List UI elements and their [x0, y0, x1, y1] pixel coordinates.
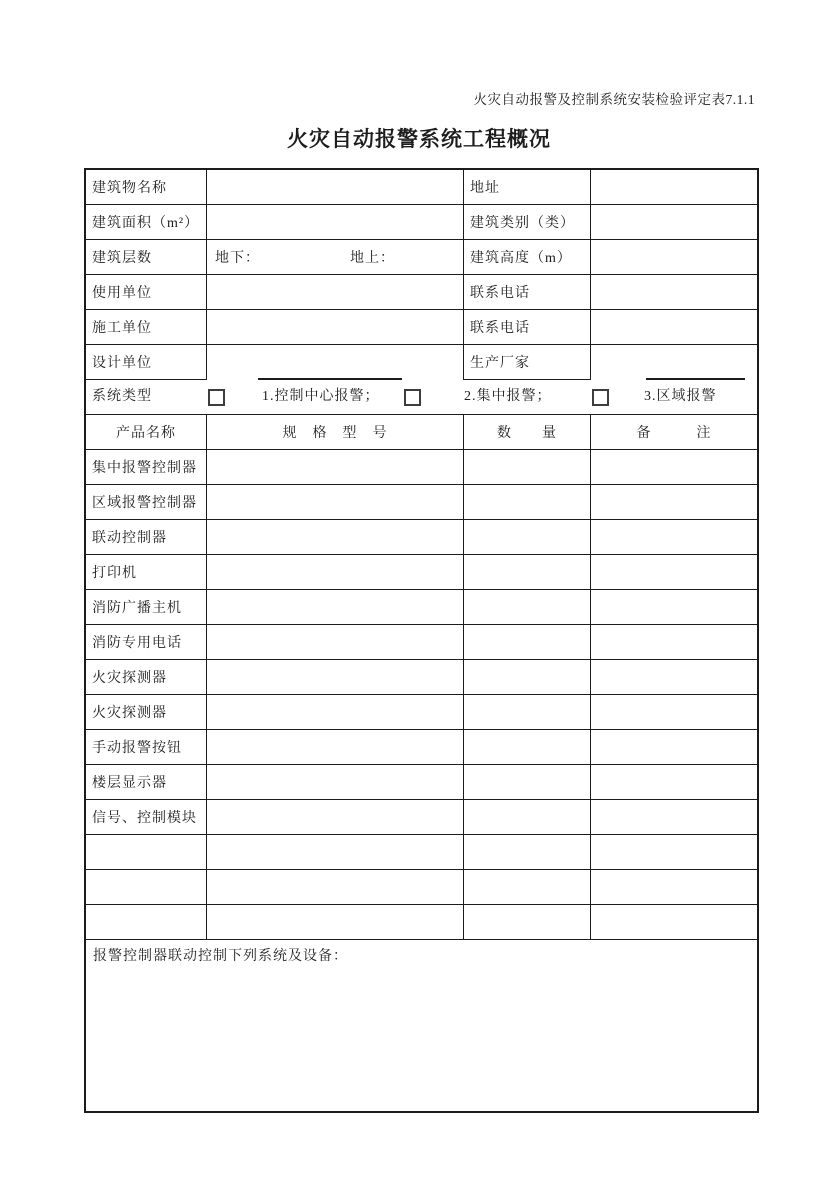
- product-row-signal-control-module: 信号、控制模块: [86, 800, 757, 835]
- checkbox-centralized-alarm[interactable]: [404, 389, 421, 406]
- product-name-label: 信号、控制模块: [86, 800, 207, 835]
- product-row-empty: [86, 870, 757, 905]
- spec-input-cell[interactable]: [207, 450, 464, 485]
- note-input-cell[interactable]: [591, 695, 757, 730]
- spec-input-cell[interactable]: [207, 555, 464, 590]
- spec-input-cell[interactable]: [207, 730, 464, 765]
- project-overview-table: 建筑物名称 地址 建筑面积（m²） 建筑类别（类） 建筑层数 地下：地上： 建筑…: [84, 168, 759, 1113]
- qty-input-cell[interactable]: [464, 695, 591, 730]
- user-unit-input-cell[interactable]: [207, 275, 464, 310]
- spec-input-cell[interactable]: [207, 905, 464, 940]
- product-name-input-cell[interactable]: [86, 835, 207, 870]
- note-input-cell[interactable]: [591, 905, 757, 940]
- spec-input-cell[interactable]: [207, 520, 464, 555]
- qty-input-cell[interactable]: [464, 905, 591, 940]
- qty-input-cell[interactable]: [464, 520, 591, 555]
- note-input-cell[interactable]: [591, 660, 757, 695]
- info-row-building-floors: 建筑层数 地下：地上： 建筑高度（m）: [86, 240, 757, 275]
- qty-input-cell[interactable]: [464, 555, 591, 590]
- product-name-label: 火灾探测器: [86, 660, 207, 695]
- product-row-fire-detector-2: 火灾探测器: [86, 695, 757, 730]
- product-qty-header: 数 量: [464, 415, 591, 450]
- construction-phone-label: 联系电话: [464, 310, 591, 345]
- product-name-label: 楼层显示器: [86, 765, 207, 800]
- linkage-systems-input-cell[interactable]: 报警控制器联动控制下列系统及设备：: [86, 940, 757, 1111]
- option-control-center-alarm-label: 1.控制中心报警；: [262, 380, 380, 413]
- product-name-input-cell[interactable]: [86, 905, 207, 940]
- note-input-cell[interactable]: [591, 450, 757, 485]
- user-unit-label: 使用单位: [86, 275, 207, 310]
- info-row-user-unit: 使用单位 联系电话: [86, 275, 757, 310]
- product-row-linkage-controller: 联动控制器: [86, 520, 757, 555]
- note-input-cell[interactable]: [591, 870, 757, 905]
- product-name-label: 消防专用电话: [86, 625, 207, 660]
- note-input-cell[interactable]: [591, 730, 757, 765]
- note-input-cell[interactable]: [591, 835, 757, 870]
- qty-input-cell[interactable]: [464, 835, 591, 870]
- product-row-centralized-controller: 集中报警控制器: [86, 450, 757, 485]
- product-row-empty: [86, 835, 757, 870]
- spec-input-cell[interactable]: [207, 870, 464, 905]
- floors-below-label: 地下：: [215, 251, 260, 266]
- product-name-input-cell[interactable]: [86, 870, 207, 905]
- note-input-cell[interactable]: [591, 800, 757, 835]
- doc-reference-note: 火灾自动报警及控制系统安装检验评定表7.1.1: [474, 88, 756, 108]
- note-input-cell[interactable]: [591, 765, 757, 800]
- design-unit-label: 设计单位: [86, 345, 207, 380]
- product-name-label: 区域报警控制器: [86, 485, 207, 520]
- linkage-systems-row: 报警控制器联动控制下列系统及设备：: [86, 940, 757, 1111]
- spec-input-cell[interactable]: [207, 590, 464, 625]
- info-row-design-unit: 设计单位 生产厂家: [86, 345, 757, 380]
- floors-above-label: 地上：: [350, 251, 395, 266]
- construction-unit-input-cell[interactable]: [207, 310, 464, 345]
- page-title: 火灾自动报警系统工程概况: [0, 123, 838, 153]
- info-row-construction-unit: 施工单位 联系电话: [86, 310, 757, 345]
- product-row-empty: [86, 905, 757, 940]
- checkbox-zone-alarm[interactable]: [592, 389, 609, 406]
- user-phone-input-cell[interactable]: [591, 275, 757, 310]
- building-height-input-cell[interactable]: [591, 240, 757, 275]
- form-page: 火灾自动报警及控制系统安装检验评定表7.1.1 火灾自动报警系统工程概况 建筑物…: [0, 0, 838, 1186]
- note-input-cell[interactable]: [591, 485, 757, 520]
- spec-input-cell[interactable]: [207, 835, 464, 870]
- spec-input-cell[interactable]: [207, 485, 464, 520]
- manufacturer-input-cell[interactable]: [591, 345, 757, 380]
- manufacturer-label: 生产厂家: [464, 345, 591, 380]
- qty-input-cell[interactable]: [464, 765, 591, 800]
- building-height-label: 建筑高度（m）: [464, 240, 591, 275]
- building-name-input-cell[interactable]: [207, 170, 464, 205]
- qty-input-cell[interactable]: [464, 625, 591, 660]
- product-name-label: 消防广播主机: [86, 590, 207, 625]
- address-label: 地址: [464, 170, 591, 205]
- building-floors-label: 建筑层数: [86, 240, 207, 275]
- construction-unit-label: 施工单位: [86, 310, 207, 345]
- product-row-floor-indicator: 楼层显示器: [86, 765, 757, 800]
- product-name-label: 火灾探测器: [86, 695, 207, 730]
- product-name-header: 产品名称: [86, 415, 207, 450]
- address-input-cell[interactable]: [591, 170, 757, 205]
- note-input-cell[interactable]: [591, 555, 757, 590]
- info-row-building-name: 建筑物名称 地址: [86, 170, 757, 205]
- qty-input-cell[interactable]: [464, 730, 591, 765]
- product-name-label: 手动报警按钮: [86, 730, 207, 765]
- note-input-cell[interactable]: [591, 590, 757, 625]
- info-row-building-area: 建筑面积（m²） 建筑类别（类）: [86, 205, 757, 240]
- construction-phone-input-cell[interactable]: [591, 310, 757, 345]
- qty-input-cell[interactable]: [464, 450, 591, 485]
- note-input-cell[interactable]: [591, 520, 757, 555]
- user-phone-label: 联系电话: [464, 275, 591, 310]
- note-input-cell[interactable]: [591, 625, 757, 660]
- option-centralized-alarm-label: 2.集中报警；: [464, 380, 552, 413]
- qty-input-cell[interactable]: [464, 800, 591, 835]
- product-row-manual-call-point: 手动报警按钮: [86, 730, 757, 765]
- building-area-input-cell[interactable]: [207, 205, 464, 240]
- product-row-printer: 打印机: [86, 555, 757, 590]
- product-name-label: 联动控制器: [86, 520, 207, 555]
- option-zone-alarm-label: 3.区域报警: [644, 380, 717, 413]
- product-row-zone-controller: 区域报警控制器: [86, 485, 757, 520]
- building-area-label: 建筑面积（m²）: [86, 205, 207, 240]
- design-unit-input-cell[interactable]: [207, 345, 464, 380]
- system-type-row: 系统类型 1.控制中心报警； 2.集中报警； 3.区域报警: [86, 380, 757, 415]
- system-type-label: 系统类型: [92, 380, 152, 413]
- product-row-fire-phone: 消防专用电话: [86, 625, 757, 660]
- building-floors-input-cell[interactable]: 地下：地上：: [207, 240, 464, 275]
- qty-input-cell[interactable]: [464, 485, 591, 520]
- building-name-label: 建筑物名称: [86, 170, 207, 205]
- spec-input-cell[interactable]: [207, 625, 464, 660]
- qty-input-cell[interactable]: [464, 660, 591, 695]
- spec-input-cell[interactable]: [207, 765, 464, 800]
- qty-input-cell[interactable]: [464, 590, 591, 625]
- product-row-fire-detector-1: 火灾探测器: [86, 660, 757, 695]
- product-name-label: 打印机: [86, 555, 207, 590]
- checkbox-control-center-alarm[interactable]: [208, 389, 225, 406]
- product-note-header: 备 注: [591, 415, 757, 450]
- qty-input-cell[interactable]: [464, 870, 591, 905]
- system-type-cell: 系统类型 1.控制中心报警； 2.集中报警； 3.区域报警: [86, 380, 757, 415]
- product-row-broadcast-host: 消防广播主机: [86, 590, 757, 625]
- product-name-label: 集中报警控制器: [86, 450, 207, 485]
- building-class-input-cell[interactable]: [591, 205, 757, 240]
- product-header-row: 产品名称 规 格 型 号 数 量 备 注: [86, 415, 757, 450]
- spec-input-cell[interactable]: [207, 800, 464, 835]
- linkage-systems-label: 报警控制器联动控制下列系统及设备：: [93, 949, 348, 964]
- spec-input-cell[interactable]: [207, 660, 464, 695]
- building-class-label: 建筑类别（类）: [464, 205, 591, 240]
- spec-input-cell[interactable]: [207, 695, 464, 730]
- product-spec-header: 规 格 型 号: [207, 415, 464, 450]
